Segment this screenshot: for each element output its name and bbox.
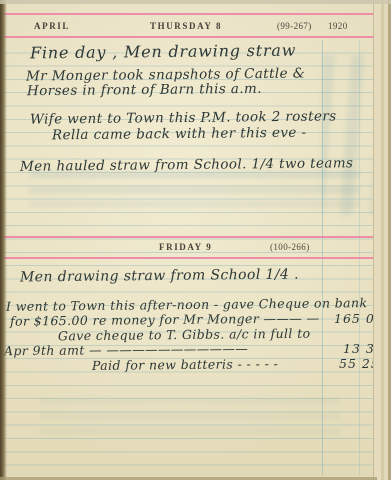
entry-line: Rella came back with her this eve - <box>52 125 307 144</box>
bleed-through <box>30 172 360 206</box>
pink-rule-top-2 <box>0 36 378 38</box>
thursday-day-numbers: (99-267) <box>277 21 312 31</box>
year-label: 1920 <box>328 21 348 31</box>
binding-edge <box>0 0 7 480</box>
pink-rule-mid-1 <box>0 236 378 238</box>
bleed-through <box>40 398 340 434</box>
entry-line: Paid for new batteris - - - - - <box>92 356 278 373</box>
friday-day-numbers: (100-266) <box>270 242 310 252</box>
pink-rule-top-1 <box>0 13 378 15</box>
pink-rule-mid-2 <box>0 257 378 259</box>
month-label: APRIL <box>34 21 70 31</box>
entry-line: Horses in front of Barn this a.m. <box>27 81 262 99</box>
thursday-day-label: THURSDAY 8 <box>150 21 222 31</box>
entry-line: Men hauled straw from School. 1/4 two te… <box>20 155 353 174</box>
entry-line: Apr 9th amt — ——————————— <box>4 341 248 359</box>
diary-page: APRIL THURSDAY 8 (99-267) 1920 Fine day … <box>0 0 391 480</box>
friday-day-label: FRIDAY 9 <box>159 242 212 252</box>
entry-line: Fine day , Men drawing straw <box>30 41 296 63</box>
bleed-through <box>322 55 374 215</box>
page-top-edge <box>0 0 391 4</box>
entry-line: Men drawing straw from School 1/4 . <box>20 267 299 286</box>
page-right-edge <box>373 0 391 480</box>
